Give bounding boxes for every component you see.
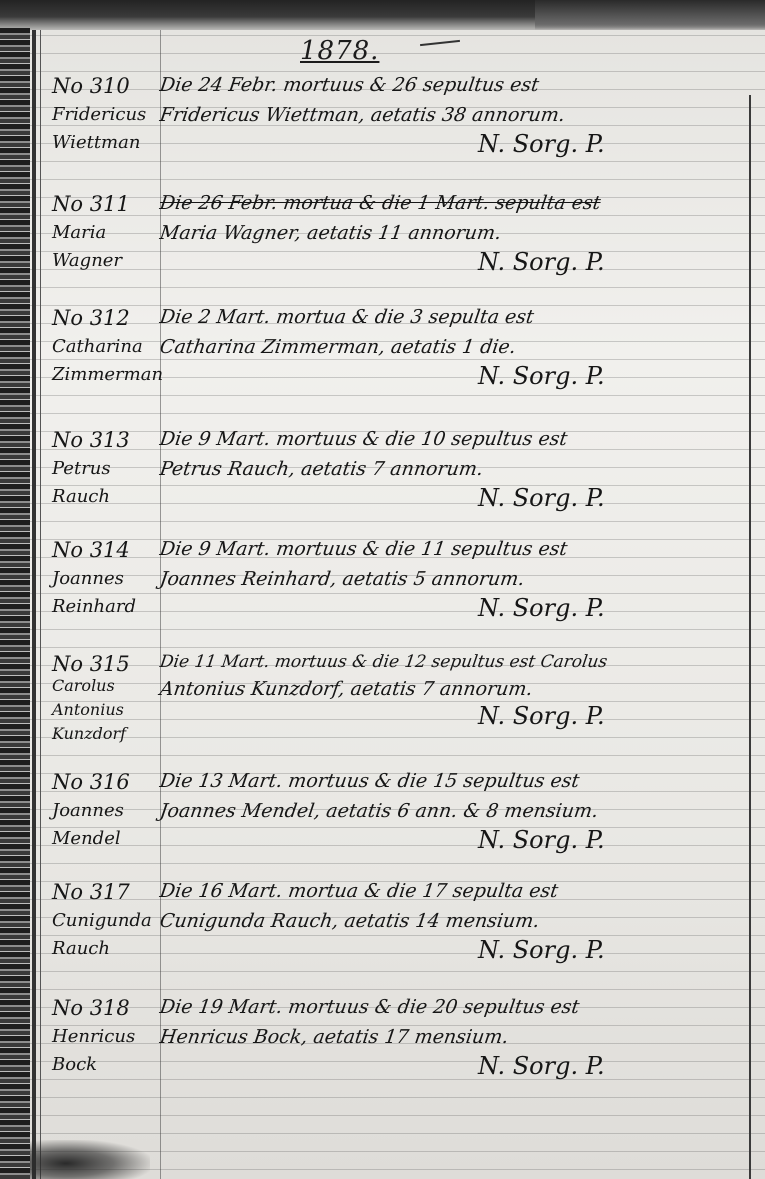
register-page: 1878. No 310 Die 24 Febr. mortuus & 26 s… [0,0,765,1179]
priest-signature: N. Sorg. P. [478,594,605,622]
entry-number: No 311 [52,192,130,216]
entry-line-1: Die 24 Febr. mortuus & 26 sepultus est [158,74,540,96]
register-entry: No 313 Die 9 Mart. mortuus & die 10 sepu… [0,428,765,548]
year-flourish [420,40,460,46]
margin-name-2: Wagner [52,250,122,271]
margin-name-1: Maria [52,222,106,243]
register-entry: No 312 Die 2 Mart. mortua & die 3 sepult… [0,306,765,426]
scanner-top-edge [0,0,765,30]
entry-line-1: Die 13 Mart. mortuus & die 15 sepultus e… [158,770,580,792]
entry-line-2: Petrus Rauch, aetatis 7 annorum. [158,458,484,480]
entry-line-2: Maria Wagner, aetatis 11 annorum. [158,222,502,244]
entry-line-1: Die 2 Mart. mortua & die 3 sepulta est [158,306,535,328]
entry-line-2: Fridericus Wiettman, aetatis 38 annorum. [158,104,566,126]
entry-number: No 315 [52,652,130,676]
register-entry: No 315 Die 11 Mart. mortuus & die 12 sep… [0,652,765,762]
entry-number: No 313 [52,428,130,452]
entry-number: No 312 [52,306,130,330]
entry-line-1: Die 19 Mart. mortuus & die 20 sepultus e… [158,996,580,1018]
margin-name-2: Rauch [52,486,110,507]
register-entry: No 314 Die 9 Mart. mortuus & die 11 sepu… [0,538,765,658]
entry-number: No 316 [52,770,130,794]
margin-name-1: Cunigunda [52,910,152,931]
entry-number: No 310 [52,74,130,98]
register-entry: No 318 Die 19 Mart. mortuus & die 20 sep… [0,996,765,1116]
entry-line-2: Joannes Reinhard, aetatis 5 annorum. [158,568,526,590]
margin-name-2: Antonius [52,700,124,719]
register-entry: No 317 Die 16 Mart. mortua & die 17 sepu… [0,880,765,1000]
margin-name-1: Catharina [52,336,143,357]
margin-name-3: Kunzdorf [52,724,126,743]
priest-signature: N. Sorg. P. [478,1052,605,1080]
register-entry: No 316 Die 13 Mart. mortuus & die 15 sep… [0,770,765,890]
margin-name-1: Petrus [52,458,111,479]
margin-name-1: Joannes [52,800,124,821]
entry-line-2: Antonius Kunzdorf, aetatis 7 annorum. [158,678,534,700]
margin-name-2: Rauch [52,938,110,959]
margin-name-1: Henricus [52,1026,135,1047]
priest-signature: N. Sorg. P. [478,362,605,390]
entry-line-2: Henricus Bock, aetatis 17 mensium. [158,1026,509,1048]
entry-line-2: Joannes Mendel, aetatis 6 ann. & 8 mensi… [158,800,599,822]
entry-line-1: Die 9 Mart. mortuus & die 11 sepultus es… [158,538,568,560]
entry-number: No 314 [52,538,130,562]
entry-line-1: Die 9 Mart. mortuus & die 10 sepultus es… [158,428,568,450]
priest-signature: N. Sorg. P. [478,130,605,158]
register-entry: No 310 Die 24 Febr. mortuus & 26 sepultu… [0,74,765,194]
register-entry: No 311 Die 26 Febr. mortua & die 1 Mart.… [0,192,765,312]
entry-line-1: Die 11 Mart. mortuus & die 12 sepultus e… [159,652,609,672]
entry-line-1: Die 26 Febr. mortua & die 1 Mart. sepult… [158,192,602,214]
margin-name-1: Joannes [52,568,124,589]
entry-line-2: Catharina Zimmerman, aetatis 1 die. [158,336,517,358]
margin-name-1: Fridericus [52,104,146,125]
margin-name-1: Carolus [52,676,115,695]
priest-signature: N. Sorg. P. [478,936,605,964]
entry-number: No 318 [52,996,130,1020]
scan-smudge [30,1140,150,1179]
priest-signature: N. Sorg. P. [478,702,605,730]
entry-number: No 317 [52,880,130,904]
margin-name-2: Mendel [52,828,121,849]
priest-signature: N. Sorg. P. [478,826,605,854]
margin-name-2: Zimmerman [52,364,163,385]
priest-signature: N. Sorg. P. [478,484,605,512]
entry-line-2: Cunigunda Rauch, aetatis 14 mensium. [158,910,540,932]
margin-name-2: Wiettman [52,132,140,153]
year-heading: 1878. [300,36,379,66]
margin-name-2: Reinhard [52,596,136,617]
margin-name-2: Bock [52,1054,97,1075]
priest-signature: N. Sorg. P. [478,248,605,276]
entry-line-1: Die 16 Mart. mortua & die 17 sepulta est [158,880,559,902]
